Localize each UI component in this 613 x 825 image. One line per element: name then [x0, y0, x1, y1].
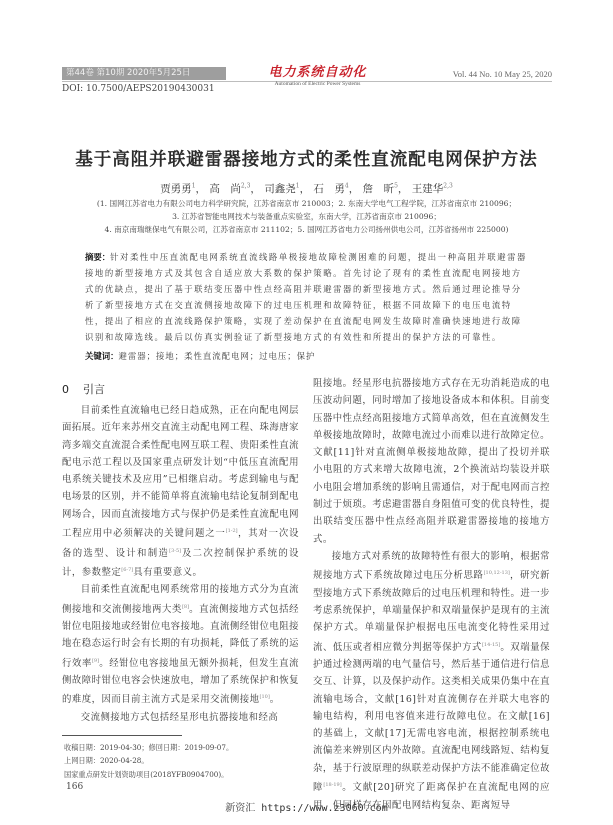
citation[interactable]: [14-15] [482, 642, 500, 648]
affiliation-line: (1. 国网江苏省电力有限公司电力科学研究院，江苏省南京市 210003；2. … [0, 198, 613, 209]
abstract-text: 针对柔性中压直流配电网系统直流线路单极接地故障检测困难的问题，提出一种高阻并联避… [85, 252, 527, 342]
paragraph: 阻接地。经星形电抗器接地方式存在无功消耗造成的电压波动问题，同时增加了接地设备成… [313, 375, 550, 548]
footnotes: 收稿日期：2019-04-30；修回日期：2019-09-07。 上网日期：20… [64, 741, 233, 781]
keywords-text: 避雷器；接地；柔性直流配电网；过电压；保护 [119, 351, 316, 361]
journal-logo: 电力系统自动化 Automation of Electric Power Sys… [260, 66, 375, 88]
author: 石 勇 [313, 183, 345, 195]
page-number: 166 [66, 782, 83, 792]
paragraph: 接地方式对系统的故障特性有很大的影响，根据常规接地方式下系统故障过电压分析思路[… [313, 548, 550, 814]
affiliation-line: 3. 江苏省智能电网技术与装备重点实验室，东南大学，江苏省南京市 210096； [0, 211, 613, 222]
keywords: 关键词：避雷器；接地；柔性直流配电网；过电压；保护 [85, 350, 315, 362]
paragraph: 交流侧接地方式包括经星形电抗器接地和经高 [62, 709, 299, 726]
author-list: 贾勇勇1， 高 尚2,3， 司鑫尧1， 石 勇4， 詹 昕5， 王建华2,3 [0, 181, 613, 196]
section-title: 引言 [83, 383, 105, 396]
issue-badge: 第44卷 第10期 2020年5月25日 [62, 67, 226, 80]
citation[interactable]: [8] [182, 604, 189, 610]
body-column-left: 目前柔性直流输电已经日趋成熟，正在向配电网层面拓展。近年来苏州交直流主动配电网工… [62, 402, 299, 726]
author-affiliation-mark: 2,3 [241, 183, 251, 190]
funding-note: 国家重点研发计划资助项目(2018YFB0904700)。 [64, 768, 233, 781]
paragraph: 目前柔性直流配电网系统常用的接地方式分为直流侧接地和交流侧接地两大类[8]。直流… [62, 581, 299, 708]
citation[interactable]: [6-7] [121, 567, 133, 573]
citation[interactable]: [1-2] [226, 528, 238, 534]
volume-info: Vol. 44 No. 10 May 25, 2020 [453, 69, 552, 79]
author-affiliation-mark: 1 [296, 183, 300, 190]
affiliation-line: 4. 南京南瑞继保电气有限公司，江苏省南京市 211102；5. 国网江苏省电力… [0, 224, 613, 235]
keywords-label: 关键词： [85, 351, 119, 361]
watermark: 新资汇 https://www.z3060.com [0, 799, 613, 814]
author: 高 尚 [209, 183, 241, 195]
author: 詹 昕 [363, 183, 395, 195]
author: 贾勇勇 [160, 183, 192, 195]
author-affiliation-mark: 5 [394, 183, 398, 190]
journal-name-en: Automation of Electric Power Systems [260, 80, 375, 88]
footnote-divider [62, 735, 182, 736]
citation[interactable]: [18-19] [323, 782, 341, 788]
paper-title: 基于高阻并联避雷器接地方式的柔性直流配电网保护方法 [0, 146, 613, 171]
online-date: 上网日期：2020-04-28。 [64, 754, 233, 767]
doi-text: DOI: 10.7500/AEPS20190430031 [62, 84, 215, 94]
author-affiliation-mark: 2,3 [443, 183, 453, 190]
author-affiliation-mark: 4 [345, 183, 349, 190]
abstract: 摘要：针对柔性中压直流配电网系统直流线路单极接地故障检测困难的问题，提出一种高阻… [85, 249, 531, 345]
citation[interactable]: [3-5] [169, 548, 181, 554]
citation[interactable]: [10,12-13] [484, 570, 510, 576]
received-date: 收稿日期：2019-04-30；修回日期：2019-09-07。 [64, 741, 233, 754]
section-number: 0 [62, 383, 69, 396]
author: 司鑫尧 [264, 183, 296, 195]
abstract-label: 摘要： [85, 252, 110, 262]
body-column-right: 阻接地。经星形电抗器接地方式存在无功消耗造成的电压波动问题，同时增加了接地设备成… [313, 375, 550, 814]
paragraph: 目前柔性直流输电已经日趋成熟，正在向配电网层面拓展。近年来苏州交直流主动配电网工… [62, 402, 299, 581]
section-heading: 0引言 [62, 381, 105, 397]
citation[interactable]: [9] [92, 658, 99, 664]
citation[interactable]: [10] [260, 694, 270, 700]
journal-name-cn: 电力系统自动化 [260, 66, 375, 80]
author: 王建华 [412, 183, 444, 195]
author-affiliation-mark: 1 [192, 183, 196, 190]
